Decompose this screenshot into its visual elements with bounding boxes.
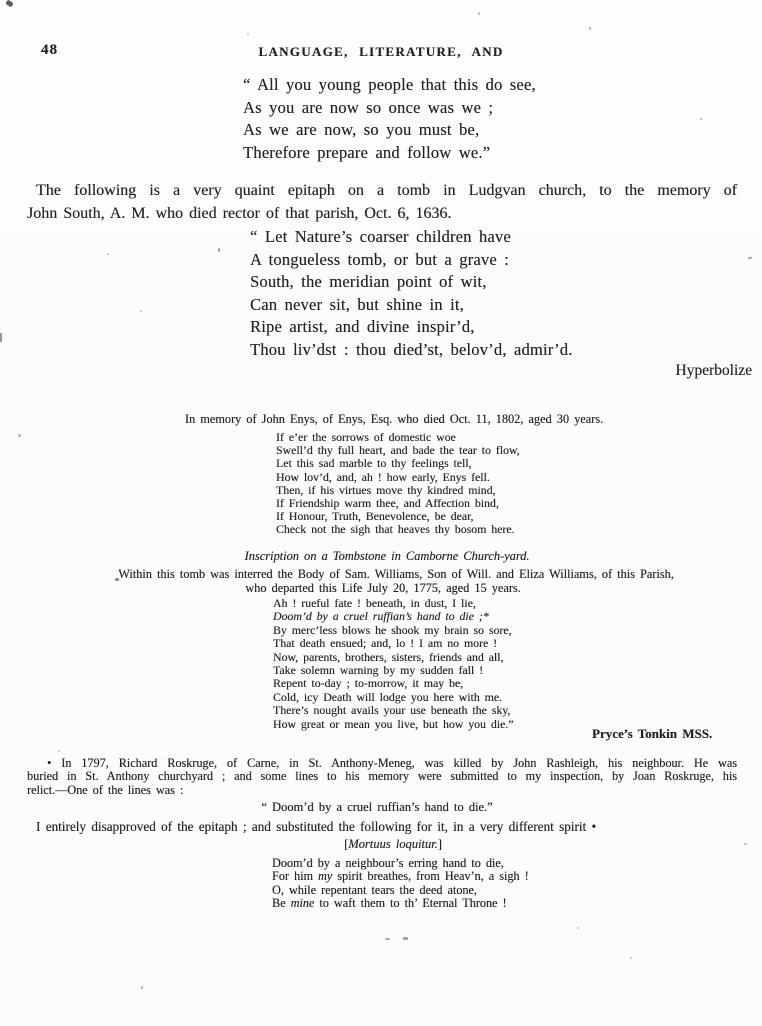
verse-segment-italic: mine xyxy=(291,896,315,910)
paragraph-line: John South, A. M. who died rector of tha… xyxy=(27,202,737,225)
bracket: ] xyxy=(438,837,442,851)
verse-line: O, while repentant tears the deed atone, xyxy=(272,884,529,897)
scan-speck xyxy=(577,927,579,929)
scan-speck xyxy=(744,843,747,845)
footnote: • In 1797, Richard Roskruge, of Carne, i… xyxy=(27,757,737,797)
running-header: LANGUAGE, LITERATURE, AND xyxy=(0,44,762,60)
footnote-line: buried in St. Anthony churchyard ; and s… xyxy=(27,770,737,783)
scan-speck xyxy=(58,750,60,752)
scan-speck xyxy=(436,211,438,213)
verse-line: Doom’d by a cruel ruffian’s hand to die … xyxy=(273,610,513,623)
scan-speck xyxy=(5,0,14,8)
enys-memorial-heading: In memory of John Enys, of Enys, Esq. wh… xyxy=(13,412,762,427)
verse-segment: Be xyxy=(272,896,291,910)
latin-tag: [Mortuus loquitur.] xyxy=(12,837,762,852)
verse-line: Be mine to waft them to th’ Eternal Thro… xyxy=(272,897,529,910)
catchword: Hyperbolize xyxy=(675,362,752,380)
verse-line: Repent to-day ; to-morrow, it may be, xyxy=(273,677,513,690)
scan-speck xyxy=(0,333,2,342)
verse-line: Can never sit, but shine in it, xyxy=(250,294,572,317)
verse-line: Let this sad marble to thy feelings tell… xyxy=(276,457,520,470)
latin-phrase: Mortuus loquitur. xyxy=(348,837,438,851)
verse-segment: spirit breathes, from Heav’n, a sigh ! xyxy=(332,869,528,883)
scanned-book-page: 48 LANGUAGE, LITERATURE, AND “ All you y… xyxy=(0,0,762,1026)
verse-line: Doom’d by a neighbour’s erring hand to d… xyxy=(272,857,529,870)
scan-speck xyxy=(385,938,390,940)
verse-line: By merc’less blows he shook my brain so … xyxy=(273,624,513,637)
author-comment: I entirely disapproved of the epitaph ; … xyxy=(36,819,596,835)
verse-line: Ah ! rueful fate ! beneath, in dust, I l… xyxy=(273,597,513,610)
scan-speck xyxy=(589,27,591,30)
verse-line: Check not the sigh that heaves thy bosom… xyxy=(276,523,520,536)
paragraph-line: The following is a very quaint epitaph o… xyxy=(27,179,737,202)
verse-line: How great or mean you live, but how you … xyxy=(273,718,513,731)
scan-speck xyxy=(700,118,702,120)
scan-speck xyxy=(18,434,21,437)
quoted-epitaph-line: “ Doom’d by a cruel ruffian’s hand to di… xyxy=(0,800,758,815)
verse-line: A tongueless tomb, or but a grave : xyxy=(250,249,572,272)
verse-line: South, the meridian point of wit, xyxy=(250,271,572,294)
camborne-heading: Inscription on a Tombstone in Camborne C… xyxy=(6,549,762,564)
scan-speck xyxy=(107,253,109,255)
verse-segment: For him xyxy=(272,869,318,883)
camborne-epitaph-verse: Ah ! rueful fate ! beneath, in dust, I l… xyxy=(273,597,513,731)
verse-line: Ripe artist, and divine inspir’d, xyxy=(250,316,572,339)
verse-line: Take solemn warning by my sudden fall ! xyxy=(273,664,513,677)
intro-paragraph: The following is a very quaint epitaph o… xyxy=(27,179,737,225)
camborne-intro-line: who departed this Life July 20, 1775, ag… xyxy=(2,581,762,596)
south-epitaph-verse: “ Let Nature’s coarser children have A t… xyxy=(250,226,572,361)
footnote-line: relict.—One of the lines was : xyxy=(27,784,737,797)
scan-speck xyxy=(218,248,220,252)
verse-line: As you are now so once was we ; xyxy=(243,97,536,120)
scan-speck xyxy=(630,957,632,959)
scan-speck xyxy=(247,33,249,35)
verse-line: As we are now, so you must be, xyxy=(243,119,536,142)
verse-line: “ Let Nature’s coarser children have xyxy=(250,226,572,249)
verse-line: How lov’d, and, ah ! how early, Enys fel… xyxy=(276,471,520,484)
verse-line: There’s nought avails your use beneath t… xyxy=(273,704,513,717)
verse-line: Now, parents, brothers, sisters, friends… xyxy=(273,651,513,664)
verse-segment: to waft them to th’ Eternal Throne ! xyxy=(314,896,506,910)
verse-line: “ All you young people that this do see, xyxy=(243,74,536,97)
verse-line: Cold, icy Death will lodge you here with… xyxy=(273,691,513,704)
source-attribution: Pryce’s Tonkin MSS. xyxy=(592,726,712,742)
scan-speck xyxy=(141,986,143,989)
camborne-intro-line: Within this tomb was interred the Body o… xyxy=(15,567,762,582)
verse-line: Therefore prepare and follow we.” xyxy=(243,142,536,165)
verse-segment-italic: my xyxy=(318,869,332,883)
substitute-epitaph-verse: Doom’d by a neighbour’s erring hand to d… xyxy=(272,857,529,911)
verse-line: Thou liv’dst : thou died’st, belov’d, ad… xyxy=(250,339,572,362)
footnote-line: • In 1797, Richard Roskruge, of Carne, i… xyxy=(27,757,737,770)
opening-epitaph-verse: “ All you young people that this do see,… xyxy=(243,74,536,164)
scan-speck xyxy=(403,937,408,940)
scan-speck xyxy=(115,578,119,581)
verse-line: For him my spirit breathes, from Heav’n,… xyxy=(272,870,529,883)
scan-speck xyxy=(748,256,752,259)
enys-memorial-verse: If e’er the sorrows of domestic woe Swel… xyxy=(276,431,520,537)
verse-line: That death ensued; and, lo ! I am no mor… xyxy=(273,637,513,650)
scan-speck xyxy=(140,310,142,312)
scan-speck xyxy=(478,12,480,15)
